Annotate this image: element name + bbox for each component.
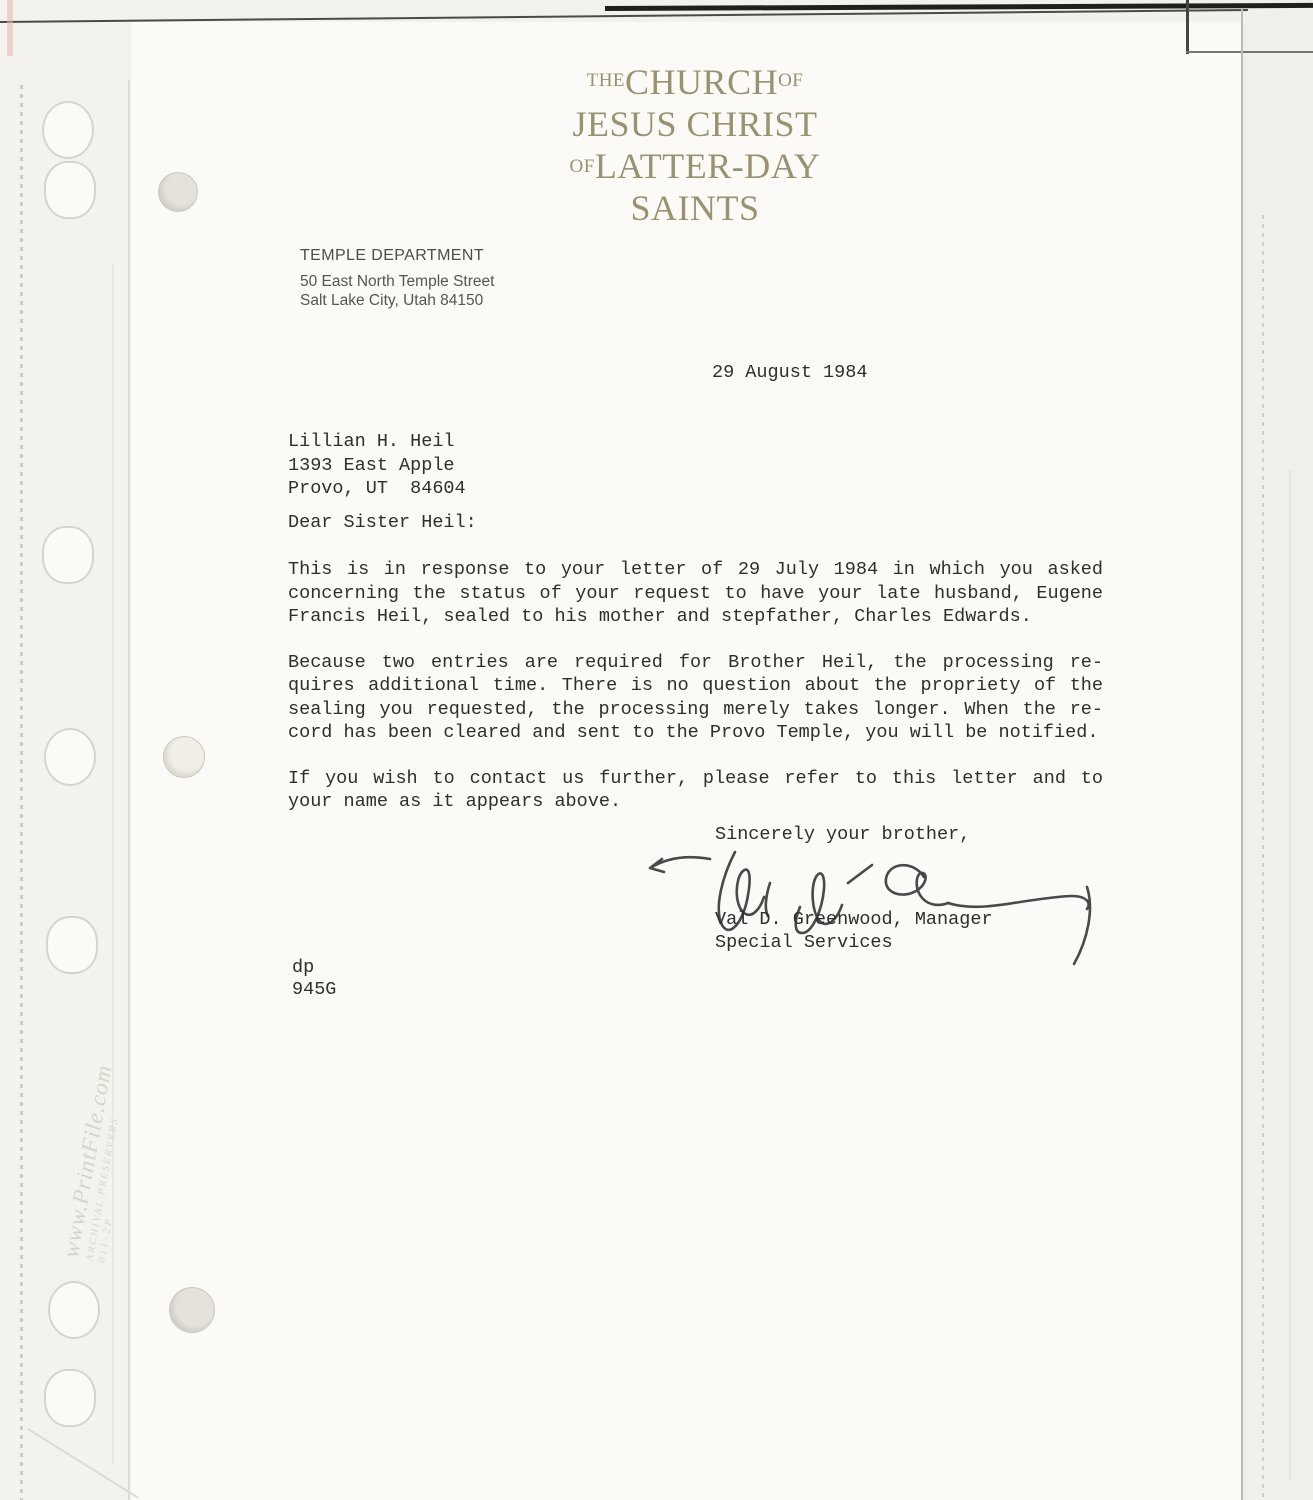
body-line: quires additional time. There is no ques… (288, 674, 1103, 698)
sheet-protector-right-edge (1243, 0, 1313, 1500)
body-paragraph-2: Because two entries are required for Bro… (288, 651, 1103, 745)
protector-left-fold-line (128, 80, 130, 1500)
letterhead-line-4: SAINTS (545, 191, 845, 233)
body-line: This is in response to your letter of 29… (288, 558, 1103, 582)
letterhead-line-1: THECHURCHOF (545, 64, 845, 107)
paper-punch-hole (158, 172, 198, 212)
body-paragraph-1: This is in response to your letter of 29… (288, 558, 1103, 629)
sender-department: TEMPLE DEPARTMENT (300, 247, 494, 265)
scan-pink-artifact (7, 0, 13, 56)
body-line: Because two entries are required for Bro… (288, 651, 1103, 675)
sender-street: 50 East North Temple Street (300, 272, 494, 291)
letter-date: 29 August 1984 (712, 362, 867, 383)
body-line: cord has been cleared and sent to the Pr… (288, 721, 1103, 745)
scan-corner-horizontal-line (1186, 51, 1313, 53)
protector-left-serrated-edge (20, 85, 23, 1500)
scanned-letter-page: www.PrintFile.com ARCHIVAL PRESERVERS 01… (0, 0, 1313, 1500)
letter-body: This is in response to your letter of 29… (288, 558, 1103, 836)
protector-right-seam (1262, 215, 1264, 1500)
body-paragraph-3: If you wish to contact us further, pleas… (288, 767, 1103, 814)
binder-hole (48, 1281, 100, 1339)
church-letterhead: THECHURCHOF JESUS CHRIST OFLATTER-DAY SA… (545, 64, 845, 233)
body-line: sealing you requested, the processing me… (288, 698, 1103, 722)
body-line: concerning the status of your request to… (288, 582, 1103, 606)
protector-left-faint-line (112, 263, 114, 1463)
body-line: your name as it appears above. (288, 790, 1103, 814)
letterhead-line-3: OFLATTER-DAY (545, 149, 845, 191)
binder-hole (44, 161, 96, 219)
binder-hole (42, 526, 94, 584)
sender-address-block: TEMPLE DEPARTMENT 50 East North Temple S… (300, 247, 494, 310)
signature-flourish (650, 857, 710, 872)
recipient-address-block: Lillian H. Heil 1393 East Apple Provo, U… (288, 430, 466, 501)
body-line: If you wish to contact us further, pleas… (288, 767, 1103, 791)
scan-corner-vertical-line (1186, 0, 1189, 54)
paper-punch-hole (169, 1287, 215, 1333)
recipient-name: Lillian H. Heil (288, 430, 466, 454)
binder-hole (46, 916, 98, 974)
body-line: Francis Heil, sealed to his mother and s… (288, 605, 1103, 629)
binder-hole (44, 1369, 96, 1427)
binder-hole (44, 728, 96, 786)
signer-title: Special Services (715, 931, 993, 954)
protector-right-faint-line (1289, 470, 1291, 1480)
recipient-street: 1393 East Apple (288, 454, 466, 478)
letterhead-line-2: JESUS CHRIST (545, 107, 845, 149)
valediction: Sincerely your brother, (715, 824, 970, 845)
reference-block: dp 945G (292, 957, 336, 1001)
binder-hole (42, 101, 94, 159)
paper-punch-hole (163, 736, 205, 778)
paper-right-edge-line (1241, 8, 1243, 1500)
salutation: Dear Sister Heil: (288, 512, 477, 533)
recipient-city: Provo, UT 84604 (288, 477, 466, 501)
sender-city: Salt Lake City, Utah 84150 (300, 291, 494, 310)
document-code: 945G (292, 979, 336, 1001)
signer-name: Val D. Greenwood, Manager (715, 908, 993, 931)
typist-initials: dp (292, 957, 336, 979)
scan-top-edge-line (0, 9, 1248, 23)
signature-block: Val D. Greenwood, Manager Special Servic… (715, 908, 993, 954)
